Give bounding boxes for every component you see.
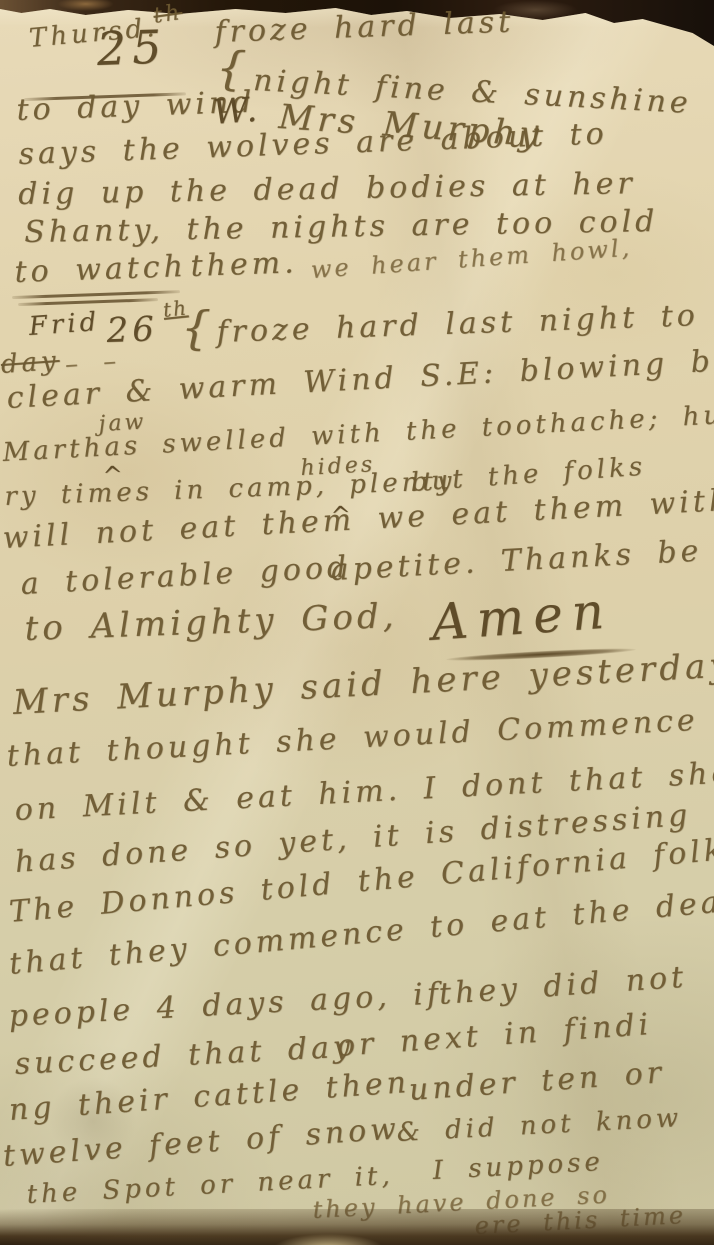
diary-line: W. — [212, 93, 262, 130]
diary-line: day — [0, 348, 61, 378]
entry-date-number: 25 — [96, 24, 168, 72]
entry-day-label: Frid — [28, 309, 101, 340]
entry-date-ordinal: th — [152, 2, 184, 28]
diary-page-photo: Thursd. 25 th froze hard last { night fi… — [0, 0, 714, 1245]
brace-glyph: { — [180, 304, 217, 351]
dash-marks: – – — [64, 348, 121, 378]
bottom-page-shadow — [0, 1209, 714, 1245]
insertion-word: hides — [300, 454, 376, 480]
entry-date-number: 26 — [106, 312, 158, 348]
diary-line: to watch — [14, 252, 187, 288]
diary-line: them. — [190, 248, 298, 282]
amen-word: Amen — [430, 585, 614, 648]
